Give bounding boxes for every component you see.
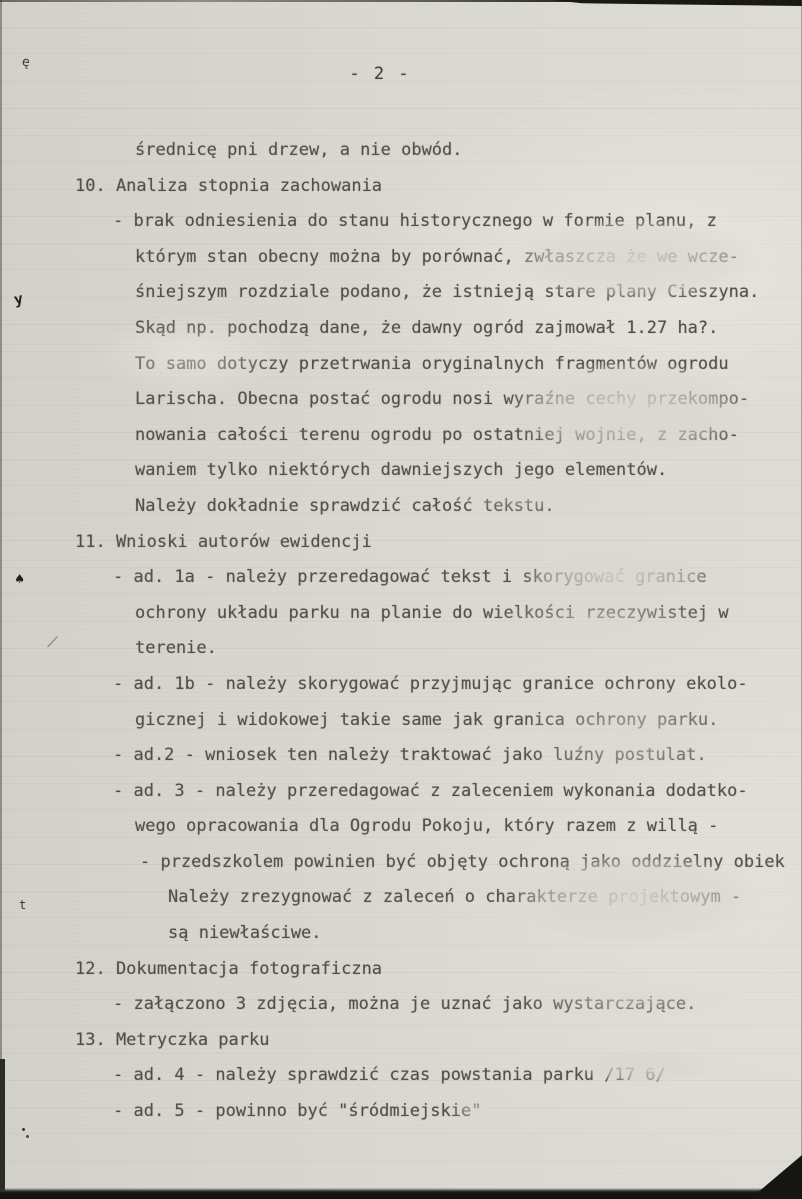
text-line: 13. Metryczka parku	[0, 1023, 802, 1059]
text-line: To samo dotyczy przetrwania oryginalnych…	[0, 347, 802, 383]
scan-corner-bottom-right	[750, 1155, 802, 1199]
text-line: - ad.2 - wniosek ten należy traktować ja…	[0, 738, 802, 774]
text-line: - przedszkolem powinien być objęty ochro…	[0, 845, 802, 881]
text-line: którym stan obecny można by porównać, zw…	[0, 240, 802, 276]
page-number: - 2 -	[0, 64, 760, 84]
text-line: Larischa. Obecna postać ogrodu nosi wyra…	[0, 382, 802, 418]
text-line: Należy dokładnie sprawdzić całość tekstu…	[0, 489, 802, 525]
text-line: - załączono 3 zdjęcia, można je uznać ja…	[0, 987, 802, 1023]
text-line: - ad. 1a - należy przeredagować tekst i …	[0, 560, 802, 596]
text-line: 12. Dokumentacja fotograficzna	[0, 952, 802, 988]
text-line: - ad. 3 - należy przeredagować z zalecen…	[0, 774, 802, 810]
text-line: Należy zrezygnować z zaleceń o charakter…	[0, 880, 802, 916]
text-line: - brak odniesienia do stanu historyczneg…	[0, 204, 802, 240]
scan-edge-top-right	[552, 0, 802, 6]
text-line: śniejszym rozdziale podano, że istnieją …	[0, 275, 802, 311]
text-line: waniem tylko niektórych dawniejszych jeg…	[0, 453, 802, 489]
text-line: terenie.	[0, 631, 802, 667]
scan-edge-bottom	[0, 1188, 802, 1199]
text-line: są niewłaściwe.	[0, 916, 802, 952]
text-line: nowania całości terenu ogrodu po ostatni…	[0, 418, 802, 454]
text-line: 11. Wnioski autorów ewidencji	[0, 525, 802, 561]
text-line: - ad. 1b - należy skorygować przyjmując …	[0, 667, 802, 703]
text-line: średnicę pni drzew, a nie obwód.	[0, 133, 802, 169]
scan-edge-left	[0, 0, 2, 1199]
text-line: - ad. 5 - powinno być "śródmiejskie"	[0, 1094, 802, 1130]
scan-edge-left-bottom	[0, 1059, 5, 1199]
text-line: wego opracowania dla Ogrodu Pokoju, któr…	[0, 809, 802, 845]
text-line: ochrony układu parku na planie do wielko…	[0, 596, 802, 632]
text-line: - ad. 4 - należy sprawdzić czas powstani…	[0, 1058, 802, 1094]
text-line: Skąd np. pochodzą dane, że dawny ogród z…	[0, 311, 802, 347]
document-body: średnicę pni drzew, a nie obwód.10. Anal…	[0, 133, 802, 1130]
scanned-page: - 2 - średnicę pni drzew, a nie obwód.10…	[0, 0, 802, 1199]
text-line: 10. Analiza stopnia zachowania	[0, 169, 802, 205]
text-line: gicznej i widokowej takie same jak grani…	[0, 703, 802, 739]
